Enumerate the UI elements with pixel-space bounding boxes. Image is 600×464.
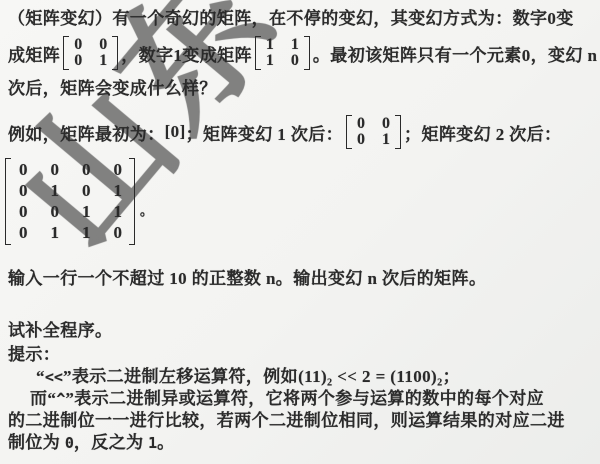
- problem-line-1: （矩阵变幻）有一个奇幻的矩阵，在不停的变幻，其变幻方式为：数字0变: [8, 8, 598, 30]
- matrix-cell: 1: [114, 203, 123, 221]
- matrix-cell: 0: [357, 132, 365, 148]
- matrix-cell: 1: [82, 203, 91, 221]
- task-line: 试补全程序。: [8, 320, 598, 342]
- right-bracket: [129, 158, 135, 245]
- matrix-cell: 0: [291, 53, 299, 69]
- matrix-cell: 0: [99, 37, 107, 53]
- hint-2-text-b: ”表示二进制异或运算符，它将两个参与运算的数中的每个对应: [65, 389, 544, 408]
- problem-line-2-text-c: 。最初该矩阵只有一个元素0，变幻 n: [313, 41, 597, 66]
- hint-line-4: 制位为 0，反之为 1。: [8, 432, 598, 454]
- document-page: 山东 （矩阵变幻）有一个奇幻的矩阵，在不停的变幻，其变幻方式为：数字0变 成矩阵…: [0, 0, 600, 464]
- matrix-cell: 0: [74, 37, 82, 53]
- bit-zero: 0: [65, 434, 74, 452]
- matrix-cell: 0: [51, 161, 60, 179]
- example-text-b: ；矩阵变幻 1 次后：: [186, 120, 343, 145]
- bit-one: 1: [148, 434, 157, 452]
- matrix-cell: 0: [19, 203, 28, 221]
- problem-line-2: 成矩阵 0 0 0 1 ，数字1变成矩阵 1 1 1 0: [8, 33, 598, 73]
- matrix-cell: 1: [99, 53, 107, 69]
- initial-matrix: [0]: [165, 122, 186, 142]
- hint-line-1: “<<”表示二进制左移运算符，例如(11)₂ << 2 = (1100)₂；: [8, 366, 598, 388]
- io-line: 输入一行一个不超过 10 的正整数 n。输出变幻 n 次后的矩阵。: [8, 268, 598, 290]
- matrix-cell: 1: [266, 37, 274, 53]
- hint-4-text-c: 。: [157, 433, 174, 452]
- problem-line-2-text-a: 成矩阵: [8, 41, 60, 66]
- hint-2-text-a: 而“: [30, 389, 56, 408]
- problem-line-2-text-b: ，数字1变成矩阵: [121, 41, 252, 66]
- hint-label: 提示：: [8, 344, 598, 366]
- hint-4-text-b: ，反之为: [74, 433, 148, 452]
- hint-line-3: 的二进制位一一进行比较，若两个二进制位相同，则运算结果的对应二进: [8, 410, 598, 432]
- right-bracket: [112, 36, 118, 70]
- hint-4-text-a: 制位为: [8, 433, 65, 452]
- matrix-cell: 1: [382, 132, 390, 148]
- matrix-cell: 1: [51, 224, 60, 242]
- matrix-cell: 0: [74, 53, 82, 69]
- matrix-cell: 0: [357, 116, 365, 132]
- right-bracket: [304, 36, 310, 70]
- left-shift-operator: <<: [45, 368, 63, 386]
- matrix-cell: 0: [19, 224, 28, 242]
- example-text-c: ；矩阵变幻 2 次后：: [404, 120, 561, 145]
- matrix-after-2-row: 0 0 0 0 0 1 0 1 0 0 1 1 0 1 1 0: [8, 158, 598, 245]
- matrix-cell: 1: [114, 182, 123, 200]
- matrix-after-1: 0 0 0 1: [346, 115, 401, 149]
- hint-1-quote-open: “: [36, 367, 45, 386]
- xor-operator: ^: [56, 390, 65, 408]
- hint-1-text: ”表示二进制左移运算符，例如(11)₂ << 2 = (1100)₂；: [63, 367, 460, 386]
- problem-line-3: 次后，矩阵会变成什么样？: [8, 78, 598, 100]
- matrix-cell: 1: [266, 53, 274, 69]
- matrix-cells: 0 0 0 0 0 1 0 1 0 0 1 1 0 1 1 0: [11, 158, 129, 245]
- example-text-a: 例如，矩阵最初为：: [8, 120, 165, 145]
- example-line: 例如，矩阵最初为： [0] ；矩阵变幻 1 次后： 0 0 0 1 ；矩阵变幻 …: [8, 112, 598, 152]
- matrix-cells: 0 0 0 1: [69, 36, 112, 70]
- matrix-cell: 0: [82, 182, 91, 200]
- matrix-cell: 0: [51, 203, 60, 221]
- matrix-cell: 1: [82, 224, 91, 242]
- matrix-cell: 0: [82, 161, 91, 179]
- matrix-after-2: 0 0 0 0 0 1 0 1 0 0 1 1 0 1 1 0: [5, 158, 135, 245]
- matrix-cells: 1 1 1 0: [261, 36, 304, 70]
- matrix-cell: 0: [19, 182, 28, 200]
- matrix-cell: 0: [19, 161, 28, 179]
- document-content: （矩阵变幻）有一个奇幻的矩阵，在不停的变幻，其变幻方式为：数字0变 成矩阵 0 …: [0, 0, 600, 454]
- matrix-zero-becomes: 0 0 0 1: [63, 36, 118, 70]
- matrix-cell: 1: [51, 182, 60, 200]
- matrix-period: 。: [140, 200, 153, 219]
- right-bracket: [395, 115, 401, 149]
- matrix-one-becomes: 1 1 1 0: [255, 36, 310, 70]
- matrix-cell: 1: [291, 37, 299, 53]
- matrix-cell: 0: [382, 116, 390, 132]
- hint-line-2: 而“^”表示二进制异或运算符，它将两个参与运算的数中的每个对应: [8, 388, 598, 410]
- matrix-cells: 0 0 0 1: [352, 115, 395, 149]
- matrix-cell: 0: [114, 161, 123, 179]
- matrix-cell: 0: [114, 224, 123, 242]
